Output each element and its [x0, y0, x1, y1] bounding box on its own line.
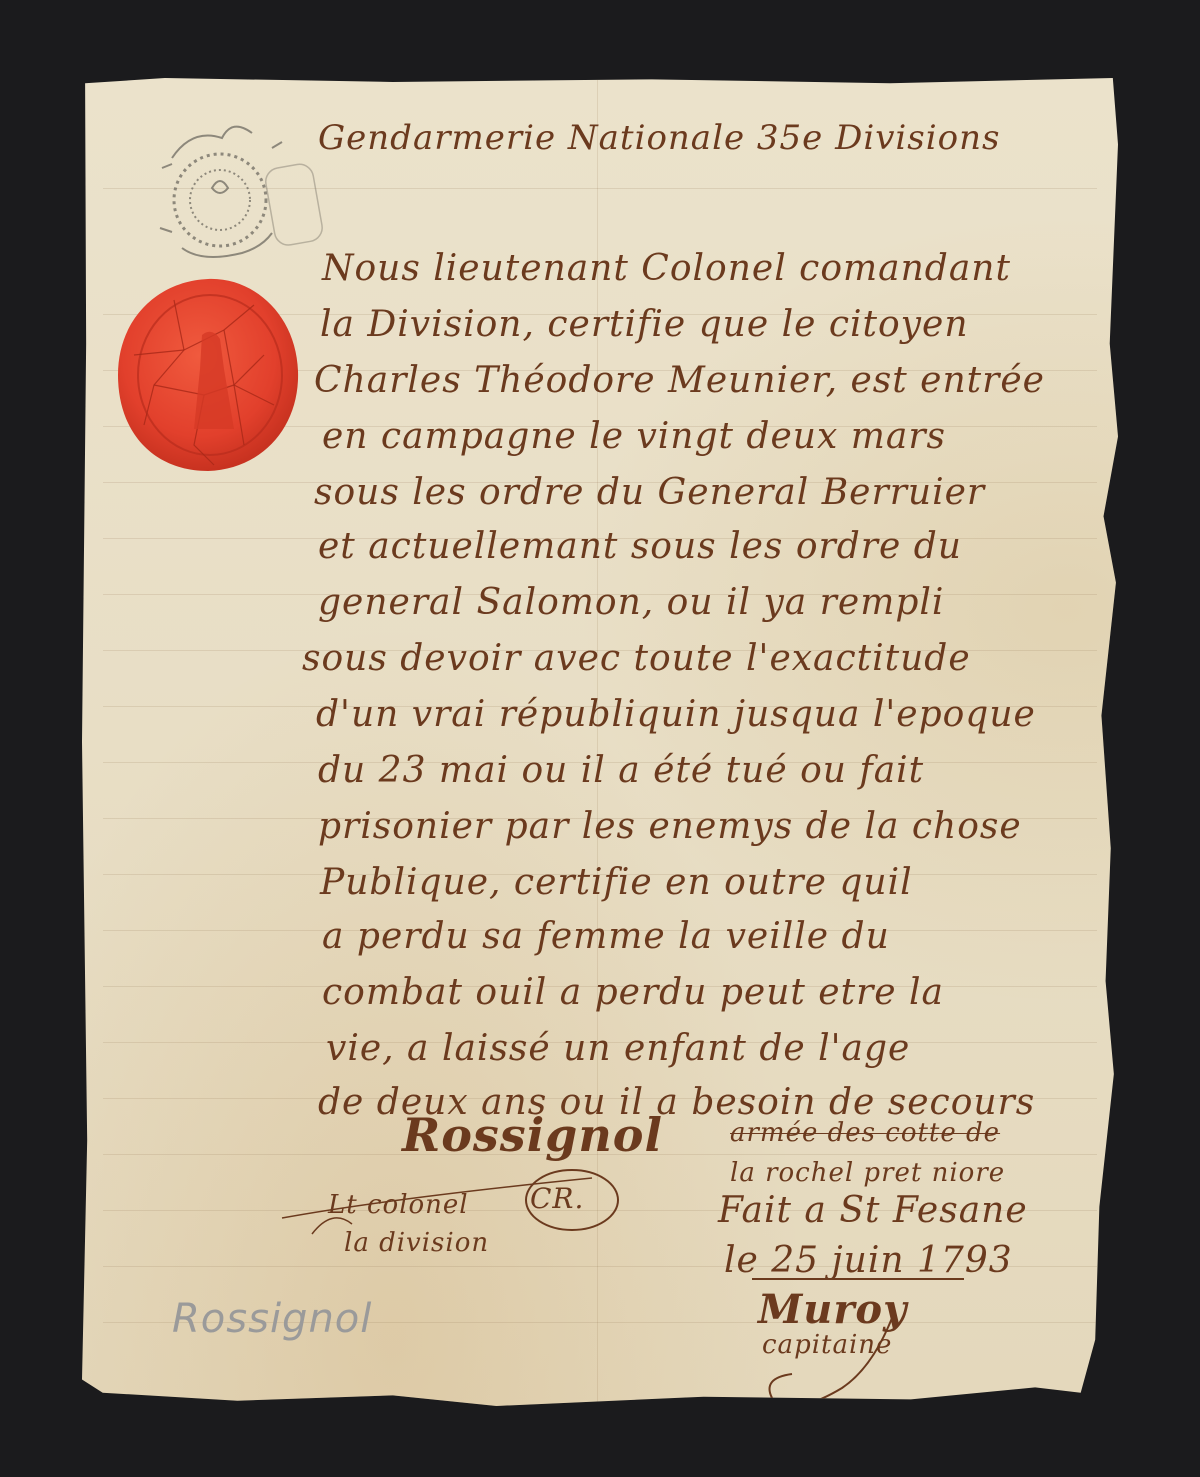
body-line: sous devoir avec toute l'exactitude [302, 638, 971, 679]
body-line: a perdu sa femme la veille du [322, 916, 890, 957]
ink-stamp-icon [142, 108, 332, 278]
location-line: la rochel pret niore [730, 1158, 1005, 1188]
body-line: Charles Théodore Meunier, est entrée [314, 360, 1045, 401]
body-line: prisonier par les enemys de la chose [318, 806, 1022, 847]
army-line: armée des cotte de [730, 1118, 1000, 1148]
body-line: Publique, certifie en outre quil [320, 862, 913, 903]
body-line: sous les ordre du General Berruier [314, 472, 985, 513]
body-line: en campagne le vingt deux mars [322, 416, 946, 457]
body-line: combat ouil a perdu peut etre la [322, 972, 944, 1013]
body-line: du 23 mai ou il a été tué ou fait [318, 750, 924, 791]
body-line: et actuellemant sous les ordre du [318, 526, 962, 567]
wax-seal-icon [114, 275, 302, 473]
manuscript-page: Gendarmerie Nationale 35e Divisions Nous… [82, 78, 1118, 1406]
signature-left-title-1: Lt colonel [328, 1190, 469, 1220]
signature-left-title-2: la division [344, 1228, 489, 1258]
body-line: Nous lieutenant Colonel comandant [322, 248, 1011, 289]
pencil-annotation: Rossignol [172, 1296, 372, 1342]
signature-flourish-icon [752, 1308, 972, 1418]
signature-left-paraph: CR. [530, 1182, 584, 1215]
body-line: d'un vrai républiquin jusqua l'epoque [316, 694, 1036, 735]
date-line: le 25 juin 1793 [724, 1240, 1013, 1281]
document-header: Gendarmerie Nationale 35e Divisions [318, 118, 1000, 158]
body-line: general Salomon, ou il ya rempli [318, 582, 944, 623]
body-line: la Division, certifie que le citoyen [320, 304, 969, 345]
date-underline [752, 1278, 964, 1280]
body-line: vie, a laissé un enfant de l'age [326, 1028, 910, 1069]
done-at-line: Fait a St Fesane [718, 1190, 1028, 1231]
